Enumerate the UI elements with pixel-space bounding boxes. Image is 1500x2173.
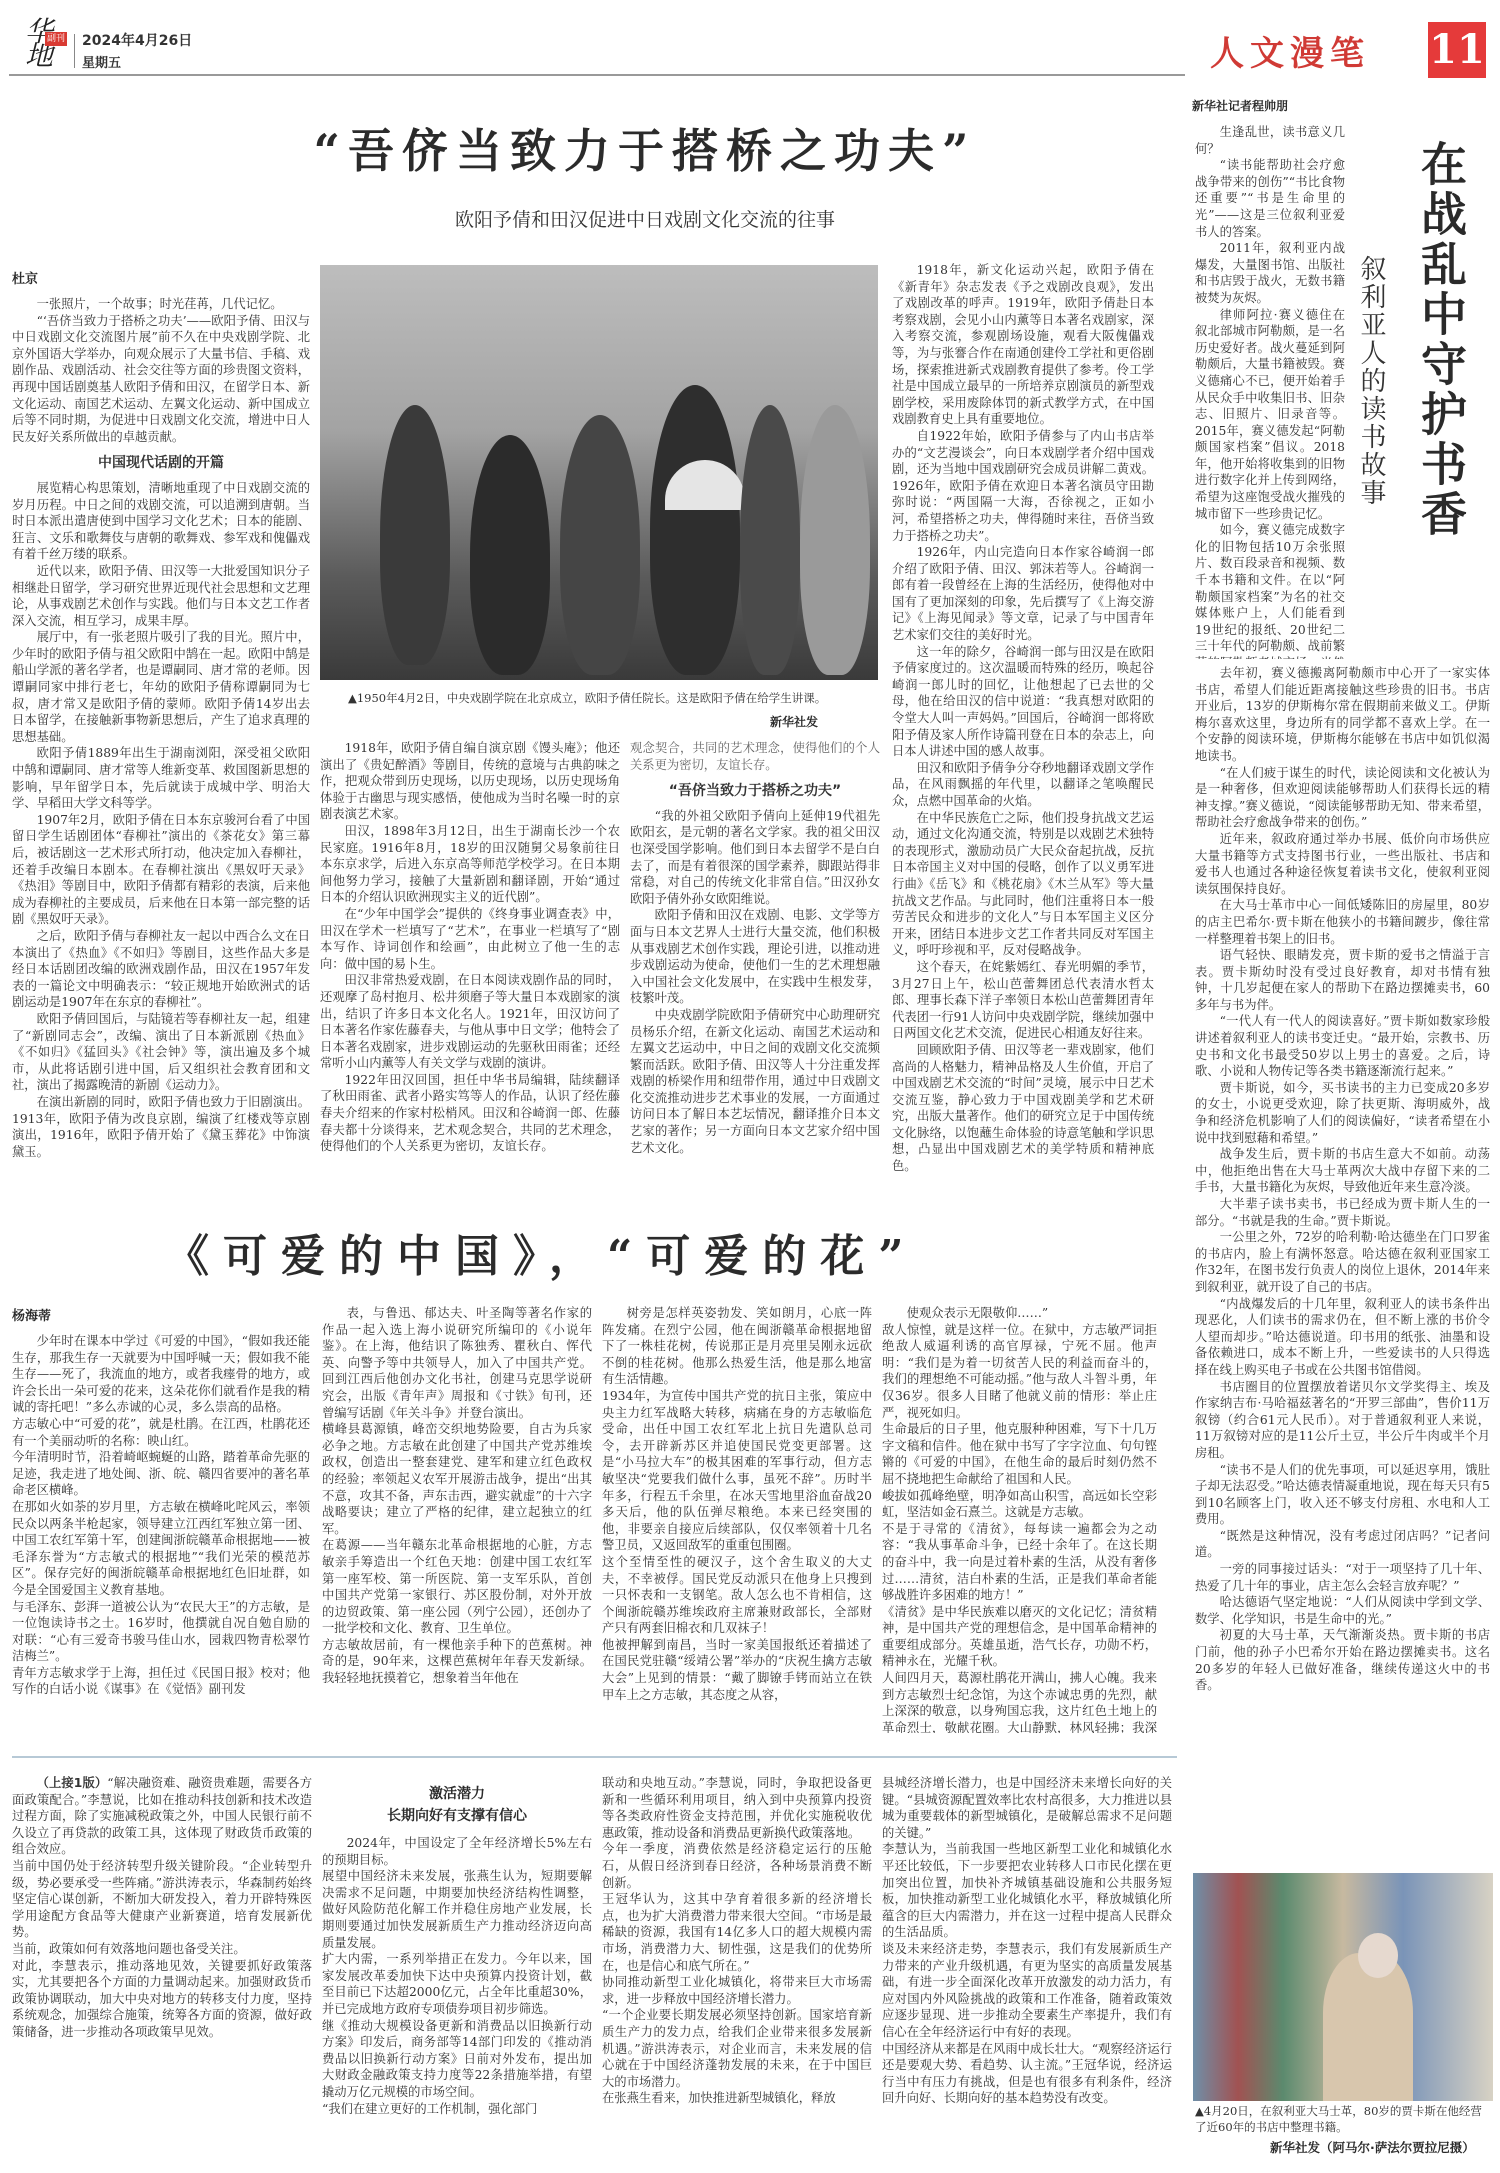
article2-author: 杨海蒂 bbox=[12, 1305, 51, 1324]
issue-weekday: 星期五 bbox=[82, 52, 121, 71]
article1-photo-caption: ▲1950年4月2日，中央戏剧学院在北京成立，欧阳予倩任院长。这是欧阳予倩在给学… bbox=[348, 690, 888, 706]
paragraph: 在“少年中国学会”提供的《终身事业调查表》中，田汉在学术一栏填写了“艺术”，在事… bbox=[320, 906, 620, 972]
paragraph: 1907年2月，欧阳予倩在日本东京骏河台看了中国留日学生话剧团体“春柳社”演出的… bbox=[12, 812, 310, 928]
logo-badge: 副刊 bbox=[45, 32, 67, 46]
paragraph: 2011年，叙利亚内战爆发，大量图书馆、出版社和书店毁于战火，无数书籍被焚为灰烬… bbox=[1195, 240, 1345, 306]
article1-photo bbox=[320, 265, 878, 680]
paragraph: 如今，赛义德完成数字化的旧物包括10万余张照片、数百段录音和视频、数千本书籍和文… bbox=[1195, 522, 1345, 659]
right-article-byline: 新华社记者程帅朋 bbox=[1192, 97, 1288, 114]
section-title: 人文漫笔 bbox=[1210, 26, 1370, 75]
paragraph: “读书不是人们的优先事项，可以延迟享用，饿肚子却无法忍受。”哈达德表情凝重地说，… bbox=[1195, 1462, 1490, 1528]
paragraph: 去年初，赛义德搬离阿勒颇市中心开了一家实体书店，希望人们能近距离接触这些珍贵的旧… bbox=[1195, 665, 1490, 765]
paragraph: 欧阳予倩1889年出生于湖南浏阳，深受祖父欧阳中鹄和谭嗣同、唐才常等人维新变革、… bbox=[12, 745, 310, 811]
paragraph: 语气轻快、眼睛发亮，贾卡斯的爱书之情溢于言表。贾卡斯幼时没有受过良好教育，却对书… bbox=[1195, 947, 1490, 1013]
article1-subhead: 欧阳予倩和田汉促进中日戏剧文化交流的往事 bbox=[125, 205, 1165, 232]
article1-photo-credit: 新华社发 bbox=[770, 713, 818, 730]
paragraph: 书店圈目的位置摆放着诺贝尔文学奖得主、埃及作家纳吉布·马哈福兹著名的“开罗三部曲… bbox=[1195, 1379, 1490, 1462]
paragraph: “解决融资难、融资贵难题，需要各方面政策配合。”李慧说，比如在推动科技创新和技术… bbox=[12, 1776, 312, 2039]
paragraph: 生逢乱世，读书意义几何？ bbox=[1195, 124, 1345, 157]
article3-column-3: 联动和央地互动。”李慧说，同时，争取把设备更新和一些循环利用项目，纳入到中央预算… bbox=[602, 1775, 872, 2170]
bookstore-photo-caption: ▲4月20日，在叙利亚大马士革，80岁的贾卡斯在他经营了近60年的书店中整理书籍… bbox=[1195, 2103, 1490, 2135]
article3-column-4: 县城经济增长潜力，也是中国经济未来增长向好的关键。“县城资源配置效率比农村高很多… bbox=[882, 1775, 1172, 2170]
paragraph: 之后，欧阳予倩与春柳社友一起以中西合么文在日本演出了《热血》《不如归》等剧目，这… bbox=[12, 928, 310, 1011]
paragraph: 田汉非常热爱戏剧，在日本阅读戏剧作品的同时，还观摩了岛村抱月、松井须磨子等大量日… bbox=[320, 972, 620, 1072]
article1-author: 杜京 bbox=[12, 268, 38, 287]
bookstore-photo bbox=[1193, 1873, 1493, 2101]
article1-column-1: 一张照片，一个故事；时光荏苒，几代记忆。 “‘吾侪当致力于搭桥之功夫’——欧阳予… bbox=[12, 296, 310, 1221]
paragraph: “我的外祖父欧阳予倩向上延伸19代祖先欧阳玄，是元朝的著名文学家。我的祖父田汉也… bbox=[630, 808, 880, 908]
paragraph: 初夏的大马士革，天气渐渐炎热。贾卡斯的书店门前，他的孙子小巴希尔开始在路边摆摊卖… bbox=[1195, 1627, 1490, 1693]
paragraph: 贾卡斯说，如今，买书读书的主力已变成20多岁的女士，小说更受欢迎，除了扶更斯、海… bbox=[1195, 1080, 1490, 1146]
paragraph: 这个春天，在姹紫嫣红、春光明媚的季节，3月27日上午，松山芭蕾舞团总代表清水哲太… bbox=[892, 959, 1154, 1042]
paragraph: “内战爆发后的十几年里，叙利亚人的读书条件出现恶化，人们读书的需求仍在，但不断上… bbox=[1195, 1296, 1490, 1379]
paragraph: 自1922年始，欧阳予倩参与了内山书店举办的“文艺漫谈会”，向日本戏剧学者介绍中… bbox=[892, 428, 1154, 544]
paragraph: 在大马士革市中心一间低矮陈旧的房屋里，80岁的店主巴希尔·贾卡斯在他狭小的书籍间… bbox=[1195, 897, 1490, 947]
bookstore-photo-credit: 新华社发（阿马尔·萨法尔贾拉尼摄） bbox=[1270, 2138, 1475, 2156]
paragraph: 战争发生后，贾卡斯的书店生意大不如前。动荡中，他拒绝出售在大马士革两次大战中存留… bbox=[1195, 1146, 1490, 1196]
section-divider bbox=[12, 1756, 1177, 1758]
page-number-badge: 11 bbox=[1428, 22, 1486, 78]
paragraph: 一旁的同事接过话头：“对于一项坚持了几十年、热爱了几十年的事业，店主怎么会轻言放… bbox=[1195, 1561, 1490, 1594]
article1-column-2: 1918年，欧阳予倩自编自演京剧《馒头庵》；他还演出了《贵妃醉酒》等剧目，传统的… bbox=[320, 740, 620, 1222]
paragraph: 展厅中，有一张老照片吸引了我的目光。照片中，少年时的欧阳予倩与祖父欧阳中鹄在一起… bbox=[12, 629, 310, 745]
paragraph: 哈达德语气坚定地说：“人们从阅读中学到文学、数学、化学知识，书是生命中的光。” bbox=[1195, 1594, 1490, 1627]
paragraph: 欧阳予倩和田汉在戏剧、电影、文学等方面与日本文艺界人士进行大量交流，他们积极从事… bbox=[630, 907, 880, 1007]
paragraph: 一公里之外，72岁的哈利勒·哈达德坐在门口罗雀的书店内，脸上有满怀怒意。哈达德在… bbox=[1195, 1229, 1490, 1295]
paragraph: 大半辈子读书卖书，书已经成为贾卡斯人生的一部分。“书就是我的生命。”贾卡斯说。 bbox=[1195, 1196, 1490, 1229]
article1-section-heading-2: “吾侪当致力于搭桥之功夫” bbox=[630, 783, 880, 800]
paragraph: 展览精心构思策划，清晰地重现了中日戏剧交流的岁月历程。中日之间的戏剧交流，可以追… bbox=[12, 480, 310, 563]
paragraph: 1922年田汉回国，担任中华书局编辑，陆续翻译了秋田雨雀、武者小路实笃等人的作品… bbox=[320, 1072, 620, 1155]
article3-column-1: （上接1版）“解决融资难、融资贵难题，需要各方面政策配合。”李慧说，比如在推动科… bbox=[12, 1775, 312, 2170]
article1-headline: “吾侪当致力于搭桥之功夫” bbox=[125, 115, 1165, 181]
issue-date: 2024年4月26日 bbox=[82, 32, 192, 50]
newspaper-logo: 华地 副刊 bbox=[25, 20, 75, 70]
logo-separator bbox=[74, 34, 75, 68]
right-article-top-column: 生逢乱世，读书意义几何？ “读书能帮助社会疗愈战争带来的创伤”“书比食物还重要”… bbox=[1195, 124, 1345, 659]
paragraph: “既然是这种情况，没有考虑过闭店吗？”记者问道。 bbox=[1195, 1528, 1490, 1561]
paragraph: 欧阳予倩回国后，与陆镜若等春柳社友一起，组建了“新剧同志会”，改编、演出了日本新… bbox=[12, 1011, 310, 1094]
article2-column-1: 少年时在课本中学过《可爱的中国》，“假如我还能生存，那我生存一天就要为中国呼喊一… bbox=[12, 1333, 310, 1733]
continued-from-label: （上接1版） bbox=[37, 1776, 108, 1790]
paragraph: 律师阿拉·赛义德住在叙北部城市阿勒颇，是一名历史爱好者。战火蔓延到阿勒颇后，大量… bbox=[1195, 307, 1345, 523]
header-rule bbox=[9, 74, 1185, 76]
paragraph: “一代人有一代人的阅读喜好。”贾卡斯如数家珍般讲述着叙利亚人的读书变迁史。“最开… bbox=[1195, 1013, 1490, 1079]
article3-column-2: 2024年，中国设定了全年经济增长5%左右的预期目标。 展望中国经济未来发展，张… bbox=[322, 1835, 592, 2170]
paragraph: 这一年的除夕，谷崎润一郎与田汉是在欧阳予倩家度过的。这次温暖而特殊的经历，唤起谷… bbox=[892, 644, 1154, 760]
paragraph: 一张照片，一个故事；时光荏苒，几代记忆。 bbox=[12, 296, 310, 313]
paragraph: 在演出新剧的同时，欧阳予倩也致力于旧剧演出。1913年，欧阳予倩为改良京剧，编演… bbox=[12, 1094, 310, 1160]
paragraph: 1926年，内山完造向日本作家谷崎润一郎介绍了欧阳予倩、田汉、郭沫若等人。谷崎润… bbox=[892, 544, 1154, 644]
paragraph: “读书能帮助社会疗愈战争带来的创伤”“书比食物还重要”“书是生命里的光”——这是… bbox=[1195, 157, 1345, 240]
article2-column-4: 使观众表示无限敬仰……” 敌人惊惶，就是这样一位。在狱中，方志敏严词拒绝敌人威逼… bbox=[882, 1305, 1157, 1733]
article2-headline: 《可爱的中国》，“可爱的花” bbox=[165, 1220, 995, 1284]
article2-column-2: 表，与鲁迅、郁达夫、叶圣陶等著名作家的作品一起入选上海小说研究所编印的《小说年鉴… bbox=[322, 1305, 592, 1733]
paragraph: 回顾欧阳予倩、田汉等老一辈戏剧家，他们高尚的人格魅力，精神品格及人生价值，开启了… bbox=[892, 1042, 1154, 1175]
paragraph: 1918年，欧阳予倩自编自演京剧《馒头庵》；他还演出了《贵妃醉酒》等剧目，传统的… bbox=[320, 740, 620, 823]
paragraph: 近年来，叙政府通过举办书展、低价向市场供应大量书籍等方式支持图书行业，一些出版社… bbox=[1195, 831, 1490, 897]
masthead: 华地 副刊 2024年4月26日 星期五 人文漫笔 11 bbox=[0, 0, 1500, 80]
paragraph: 田汉，1898年3月12日，出生于湖南长沙一个农民家庭。1916年8月，18岁的… bbox=[320, 823, 620, 906]
section-heading-line-2: 长期向好有支撑有信心 bbox=[322, 1805, 592, 1827]
paragraph: 中央戏剧学院欧阳予倩研究中心助理研究员杨乐介绍，在新文化运动、南国艺术运动和左翼… bbox=[630, 1007, 880, 1156]
article3-section-heading: 激活潜力 长期向好有支撑有信心 bbox=[322, 1783, 592, 1827]
article1-column-3: 观念契合，共同的艺术理念，使得他们的个人关系更为密切，友谊长存。 “吾侪当致力于… bbox=[630, 740, 880, 1222]
paragraph: 田汉和欧阳予倩争分夺秒地翻译戏剧文学作品，在风雨飘摇的年代里，以翻译之笔唤醒民众… bbox=[892, 760, 1154, 810]
paragraph: “‘吾侪当致力于搭桥之功夫’——欧阳予倩、田汉与中日戏剧文化交流图片展”前不久在… bbox=[12, 313, 310, 446]
paragraph: 1918年，新文化运动兴起，欧阳予倩在《新青年》杂志发表《予之戏剧改良观》，发出… bbox=[892, 262, 1154, 428]
paragraph: 在中华民族危亡之际，他们投身抗战文艺运动，通过文化沟通交流，特别是以戏剧艺术独特… bbox=[892, 810, 1154, 959]
section-heading-line-1: 激活潜力 bbox=[322, 1783, 592, 1805]
right-article-subtitle: 叙利亚人的读书故事 bbox=[1355, 255, 1387, 507]
paragraph: “在人们疲于谋生的时代，读论阅读和文化被认为是一种奢侈，但欢迎阅读能够帮助人们获… bbox=[1195, 765, 1490, 831]
paragraph: 近代以来，欧阳予倩、田汉等一大批爱国知识分子相继赴日留学，学习研究世界近现代社会… bbox=[12, 563, 310, 629]
article1-column-4: 1918年，新文化运动兴起，欧阳予倩在《新青年》杂志发表《予之戏剧改良观》，发出… bbox=[892, 262, 1154, 1222]
article2-column-3: 树旁是怎样英姿勃发、笑如朗月，心底一阵阵发痛。在烈宁公园，他在闽浙赣革命根据地留… bbox=[602, 1305, 872, 1733]
right-article-main-column: 去年初，赛义德搬离阿勒颇市中心开了一家实体书店，希望人们能近距离接触这些珍贵的旧… bbox=[1195, 665, 1490, 1860]
right-article-headline: 在战乱中守护书香 bbox=[1410, 140, 1470, 540]
article1-section-heading: 中国现代话剧的开篇 bbox=[12, 455, 310, 472]
